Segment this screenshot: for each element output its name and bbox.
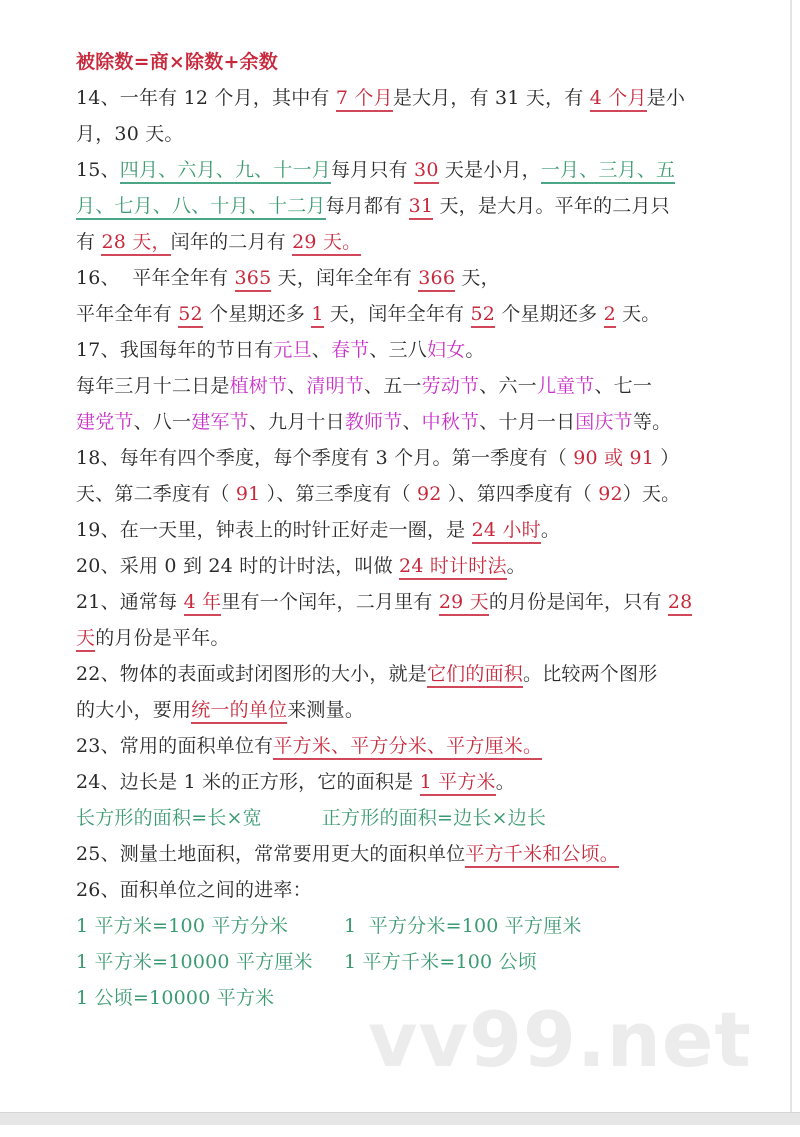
text: 每月只有: [331, 159, 414, 181]
text: ）、第三季度有（: [260, 483, 417, 505]
text: 20、采用 0 到 24 时的计时法，叫做: [76, 555, 399, 577]
text: 个星期还多: [203, 303, 311, 325]
item-15-line-3: 有 28 天，闰年的二月有 29 天。: [76, 224, 736, 260]
rectangle-area-formula: 长方形的面积=长×宽: [76, 807, 262, 829]
answer: 28 天，: [101, 231, 170, 256]
text: 个星期还多: [495, 303, 603, 325]
area-formulas: 长方形的面积=长×宽正方形的面积=边长×边长: [76, 800, 736, 836]
answer: 365: [235, 267, 272, 292]
text: 天是小月，: [439, 159, 541, 181]
conversion: 1 公顷=10000 平方米: [76, 987, 274, 1009]
festival: 春节: [331, 339, 369, 361]
text: 。: [496, 771, 515, 793]
answer: 4 个月: [590, 87, 647, 112]
item-14-line-1: 14、一年有 12 个月，其中有 7 个月是大月，有 31 天，有 4 个月是小: [76, 80, 736, 116]
item-16-line-2: 平年全年有 52 个星期还多 1 天，闰年全年有 52 个星期还多 2 天。: [76, 296, 736, 332]
item-15-line-2: 月、七月、八、十月、十二月每月都有 31 天，是大月。平年的二月只: [76, 188, 736, 224]
text: 平年全年有: [76, 303, 178, 325]
item-17-line-2: 每年三月十二日是植树节、清明节、五一劳动节、六一儿童节、七一: [76, 368, 736, 404]
text: 。比较两个图形: [523, 663, 657, 685]
text: 21、通常每: [76, 591, 184, 613]
answer: 7 个月: [336, 87, 393, 112]
answer: 28: [668, 591, 693, 616]
text: 是小: [647, 87, 685, 109]
answer: 92: [417, 483, 442, 505]
answer: 24 时计时法: [399, 555, 507, 580]
text: 、七一: [594, 375, 652, 397]
item-19: 19、在一天里，钟表上的时针正好走一圈，是 24 小时。: [76, 512, 736, 548]
answer: 4 年: [184, 591, 222, 616]
festival: 植树节: [230, 375, 288, 397]
watermark: vv99.net: [368, 995, 752, 1084]
festival: 国庆节: [575, 411, 633, 433]
big-months: 月、七月、八、十月、十二月: [76, 195, 326, 220]
text: 天，: [455, 267, 500, 289]
answer: 92: [598, 483, 623, 505]
division-formula: 被除数=商×除数+余数: [76, 44, 736, 80]
festival: 教师节: [345, 411, 403, 433]
item-23: 23、常用的面积单位有平方米、平方分米、平方厘米。: [76, 728, 736, 764]
item-14-line-2: 月，30 天。: [76, 116, 736, 152]
text: 14、一年有 12 个月，其中有: [76, 87, 336, 109]
text: 、五一: [364, 375, 422, 397]
answer: 1 平方米: [420, 771, 496, 796]
festival: 清明节: [306, 375, 364, 397]
item-20: 20、采用 0 到 24 时的计时法，叫做 24 时计时法。: [76, 548, 736, 584]
text: 、: [287, 375, 306, 397]
text: 天，是大月。平年的二月只: [433, 195, 670, 217]
text: 闰年的二月有: [171, 231, 292, 253]
small-months: 四月、六月、九、十一月: [120, 159, 331, 184]
item-18-line-1: 18、每年有四个季度，每个季度有 3 个月。第一季度有（ 90 或 91 ）: [76, 440, 736, 476]
answer: 1: [311, 303, 323, 328]
document-content: 被除数=商×除数+余数 14、一年有 12 个月，其中有 7 个月是大月，有 3…: [76, 44, 736, 1016]
answer: 52: [178, 303, 203, 328]
text: 每年三月十二日是: [76, 375, 230, 397]
answer: 52: [471, 303, 496, 328]
item-15-line-1: 15、四月、六月、九、十一月每月只有 30 天是小月，一月、三月、五: [76, 152, 736, 188]
page-bottom-separator: [0, 1112, 800, 1125]
text: 。: [465, 339, 484, 361]
answer: 90 或 91: [573, 447, 654, 469]
text: 。: [507, 555, 526, 577]
answer: 29 天: [439, 591, 489, 616]
item-26-title: 26、面积单位之间的进率：: [76, 872, 736, 908]
text: 有: [76, 231, 101, 253]
text: 、六一: [479, 375, 537, 397]
text: 的月份是平年。: [95, 627, 229, 649]
text: 是大月，有 31 天，有: [393, 87, 590, 109]
text: ）: [654, 447, 679, 469]
answer: 平方米、平方分米、平方厘米。: [273, 735, 542, 760]
conversion: 1 平方米=100 平方分米: [76, 908, 344, 944]
text: 19、在一天里，钟表上的时针正好走一圈，是: [76, 519, 472, 541]
answer: 2: [604, 303, 616, 328]
text: 、十月一日: [479, 411, 575, 433]
festival: 元旦: [273, 339, 311, 361]
conversion: 1 平方分米=100 平方厘米: [344, 915, 582, 937]
answer: 统一的单位: [191, 699, 287, 724]
item-22-line-1: 22、物体的表面或封闭图形的大小，就是它们的面积。比较两个图形: [76, 656, 736, 692]
festival: 妇女: [427, 339, 465, 361]
answer: 24 小时: [472, 519, 541, 544]
answer: 29 天。: [292, 231, 361, 256]
text: 的月份是闰年，只有: [489, 591, 668, 613]
text: 天，闰年全年有: [271, 267, 418, 289]
text: 16、 平年全年有: [76, 267, 235, 289]
text: 、: [312, 339, 331, 361]
conversion: 1 平方千米=100 公顷: [344, 951, 537, 973]
text: 天、第二季度有（: [76, 483, 236, 505]
answer: 它们的面积: [427, 663, 523, 688]
item-17-line-3: 建党节、八一建军节、九月十日教师节、中秋节、十月一日国庆节等。: [76, 404, 736, 440]
text: 天。: [616, 303, 661, 325]
text: 15、: [76, 159, 120, 181]
text: 等。: [633, 411, 671, 433]
text: ）、第四季度有（: [442, 483, 599, 505]
big-months: 一月、三月、五: [541, 159, 675, 184]
document-page: 被除数=商×除数+余数 14、一年有 12 个月，其中有 7 个月是大月，有 3…: [0, 0, 792, 1112]
conversion-row-2: 1 平方米=10000 平方厘米1 平方千米=100 公顷: [76, 944, 736, 980]
text: 天，闰年全年有: [324, 303, 471, 325]
item-21-line-1: 21、通常每 4 年里有一个闰年，二月里有 29 天的月份是闰年，只有 28: [76, 584, 736, 620]
item-22-line-2: 的大小，要用统一的单位来测量。: [76, 692, 736, 728]
item-25: 25、测量土地面积，常常要用更大的面积单位平方千米和公顷。: [76, 836, 736, 872]
answer: 31: [409, 195, 434, 220]
item-18-line-2: 天、第二季度有（ 91 ）、第三季度有（ 92 ）、第四季度有（ 92）天。: [76, 476, 736, 512]
answer: 平方千米和公顷。: [465, 843, 619, 868]
festival: 劳动节: [422, 375, 480, 397]
text: 22、物体的表面或封闭图形的大小，就是: [76, 663, 427, 685]
festival: 建党节: [76, 411, 134, 433]
text: 、八一: [134, 411, 192, 433]
text: 每月都有: [326, 195, 409, 217]
item-17-line-1: 17、我国每年的节日有元旦、春节、三八妇女。: [76, 332, 736, 368]
text: 25、测量土地面积，常常要用更大的面积单位: [76, 843, 465, 865]
text: 18、每年有四个季度，每个季度有 3 个月。第一季度有（: [76, 447, 573, 469]
item-24: 24、边长是 1 米的正方形，它的面积是 1 平方米。: [76, 764, 736, 800]
answer: 366: [418, 267, 455, 292]
text: ）天。: [623, 483, 681, 505]
conversion-row-1: 1 平方米=100 平方分米1 平方分米=100 平方厘米: [76, 908, 736, 944]
festival: 中秋节: [422, 411, 480, 433]
text: 23、常用的面积单位有: [76, 735, 273, 757]
item-16-line-1: 16、 平年全年有 365 天，闰年全年有 366 天，: [76, 260, 736, 296]
text: 、: [402, 411, 421, 433]
text: 17、我国每年的节日有: [76, 339, 273, 361]
answer: 天: [76, 627, 95, 652]
answer: 30: [414, 159, 439, 184]
festival: 建军节: [191, 411, 249, 433]
festival: 儿童节: [537, 375, 595, 397]
text: 、三八: [369, 339, 427, 361]
text: 、九月十日: [249, 411, 345, 433]
text: 的大小，要用: [76, 699, 191, 721]
conversion: 1 平方米=10000 平方厘米: [76, 944, 344, 980]
text: 里有一个闰年，二月里有: [221, 591, 438, 613]
text: 24、边长是 1 米的正方形，它的面积是: [76, 771, 420, 793]
text: 来测量。: [287, 699, 364, 721]
answer: 91: [236, 483, 261, 505]
square-area-formula: 正方形的面积=边长×边长: [322, 807, 546, 829]
text: 。: [541, 519, 560, 541]
item-21-line-2: 天的月份是平年。: [76, 620, 736, 656]
